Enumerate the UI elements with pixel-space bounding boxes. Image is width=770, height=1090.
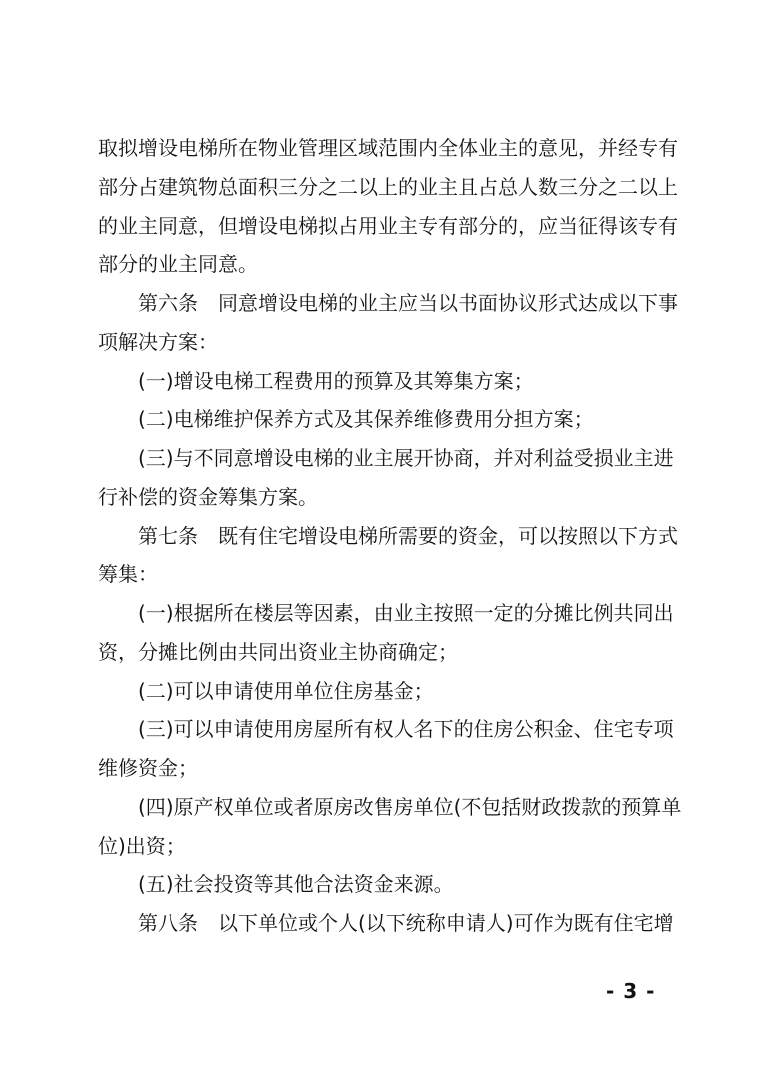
- text-line: 行补偿的资金筹集方案。: [98, 478, 678, 517]
- text-line: 位)出资；: [98, 827, 678, 866]
- text-line-item-3: (三)可以申请使用房屋所有权人名下的住房公积金、住宅专项: [98, 710, 678, 749]
- document-body: 取拟增设电梯所在物业管理区域范围内全体业主的意见，并经专有 部分占建筑物总面积三…: [98, 129, 678, 943]
- text-line-article-7: 第七条 既有住宅增设电梯所需要的资金，可以按照以下方式: [98, 517, 678, 556]
- text-line-article-6: 第六条 同意增设电梯的业主应当以书面协议形式达成以下事: [98, 284, 678, 323]
- text-line-item-4: (四)原产权单位或者原房改售房单位(不包括财政拨款的预算单: [98, 788, 678, 827]
- text-line: 筹集：: [98, 555, 678, 594]
- text-line: 取拟增设电梯所在物业管理区域范围内全体业主的意见，并经专有: [98, 129, 678, 168]
- text-line: 维修资金；: [98, 749, 678, 788]
- text-line: 部分占建筑物总面积三分之二以上的业主且占总人数三分之二以上: [98, 168, 678, 207]
- text-line: 的业主同意，但增设电梯拟占用业主专有部分的，应当征得该专有: [98, 207, 678, 246]
- text-line-item-1: (一)增设电梯工程费用的预算及其筹集方案；: [98, 362, 678, 401]
- text-line: 部分的业主同意。: [98, 245, 678, 284]
- text-line-article-8: 第八条 以下单位或个人(以下统称申请人)可作为既有住宅增: [98, 904, 678, 943]
- text-line: 资，分摊比例由共同出资业主协商确定；: [98, 633, 678, 672]
- text-line-item-1: (一)根据所在楼层等因素，由业主按照一定的分摊比例共同出: [98, 594, 678, 633]
- text-line-item-2: (二)可以申请使用单位住房基金；: [98, 672, 678, 711]
- document-page: 取拟增设电梯所在物业管理区域范围内全体业主的意见，并经专有 部分占建筑物总面积三…: [0, 0, 770, 1090]
- text-line: 项解决方案：: [98, 323, 678, 362]
- page-number: - 3 -: [606, 979, 655, 1003]
- text-line-item-5: (五)社会投资等其他合法资金来源。: [98, 865, 678, 904]
- text-line-item-3: (三)与不同意增设电梯的业主展开协商，并对利益受损业主进: [98, 439, 678, 478]
- text-line-item-2: (二)电梯维护保养方式及其保养维修费用分担方案；: [98, 400, 678, 439]
